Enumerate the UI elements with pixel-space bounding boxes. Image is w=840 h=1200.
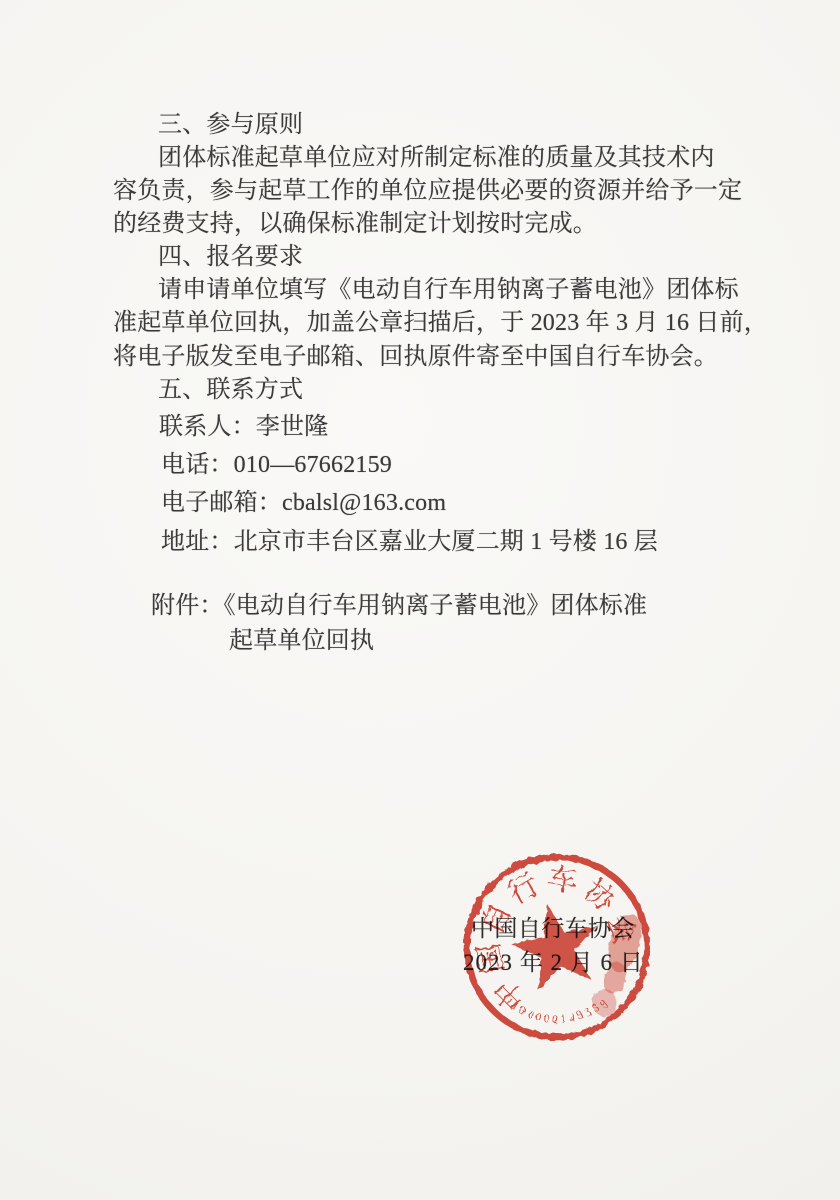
doc-line-contact-person: 联系人：李世隆	[159, 406, 328, 441]
seal-org-overprint: 中国自行车协会	[471, 910, 635, 943]
doc-line-heading-5: 五、联系方式	[158, 369, 303, 404]
doc-line: 将电子版发至电子邮箱、回执原件寄至中国自行车协会。	[113, 336, 718, 371]
doc-line: 准起草单位回执，加盖公章扫描后，于 2023 年 3 月 16 日前，	[113, 302, 768, 337]
seal-date-overprint: 2023 年 2 月 6 日	[463, 944, 644, 977]
doc-line-heading-4: 四、报名要求	[158, 236, 303, 271]
doc-line-attachment: 附件：《电动自行车用钠离子蓄电池》团体标准	[151, 585, 647, 620]
document-page: 三、参与原则 团体标准起草单位应对所制定标准的质量及其技术内 容负责，参与起草工…	[0, 0, 840, 1200]
seal-ring-char: 车	[546, 863, 579, 898]
doc-line: 容负责，参与起草工作的单位应提供必要的资源并给予一定	[113, 170, 742, 205]
doc-line-heading-3: 三、参与原则	[158, 104, 303, 139]
doc-line-email: 电子邮箱：cbalsl@163.com	[161, 482, 446, 517]
doc-line-address: 地址：北京市丰台区嘉业大厦二期 1 号楼 16 层	[161, 521, 658, 556]
doc-line: 请申请单位填写《电动自行车用钠离子蓄电池》团体标	[158, 269, 739, 304]
doc-line: 的经费支持，以确保标准制定计划按时完成。	[113, 203, 597, 238]
doc-line: 团体标准起草单位应对所制定标准的质量及其技术内	[158, 137, 715, 172]
doc-line-attachment-cont: 起草单位回执	[229, 620, 374, 655]
doc-line-phone: 电话：010—67662159	[161, 444, 392, 479]
